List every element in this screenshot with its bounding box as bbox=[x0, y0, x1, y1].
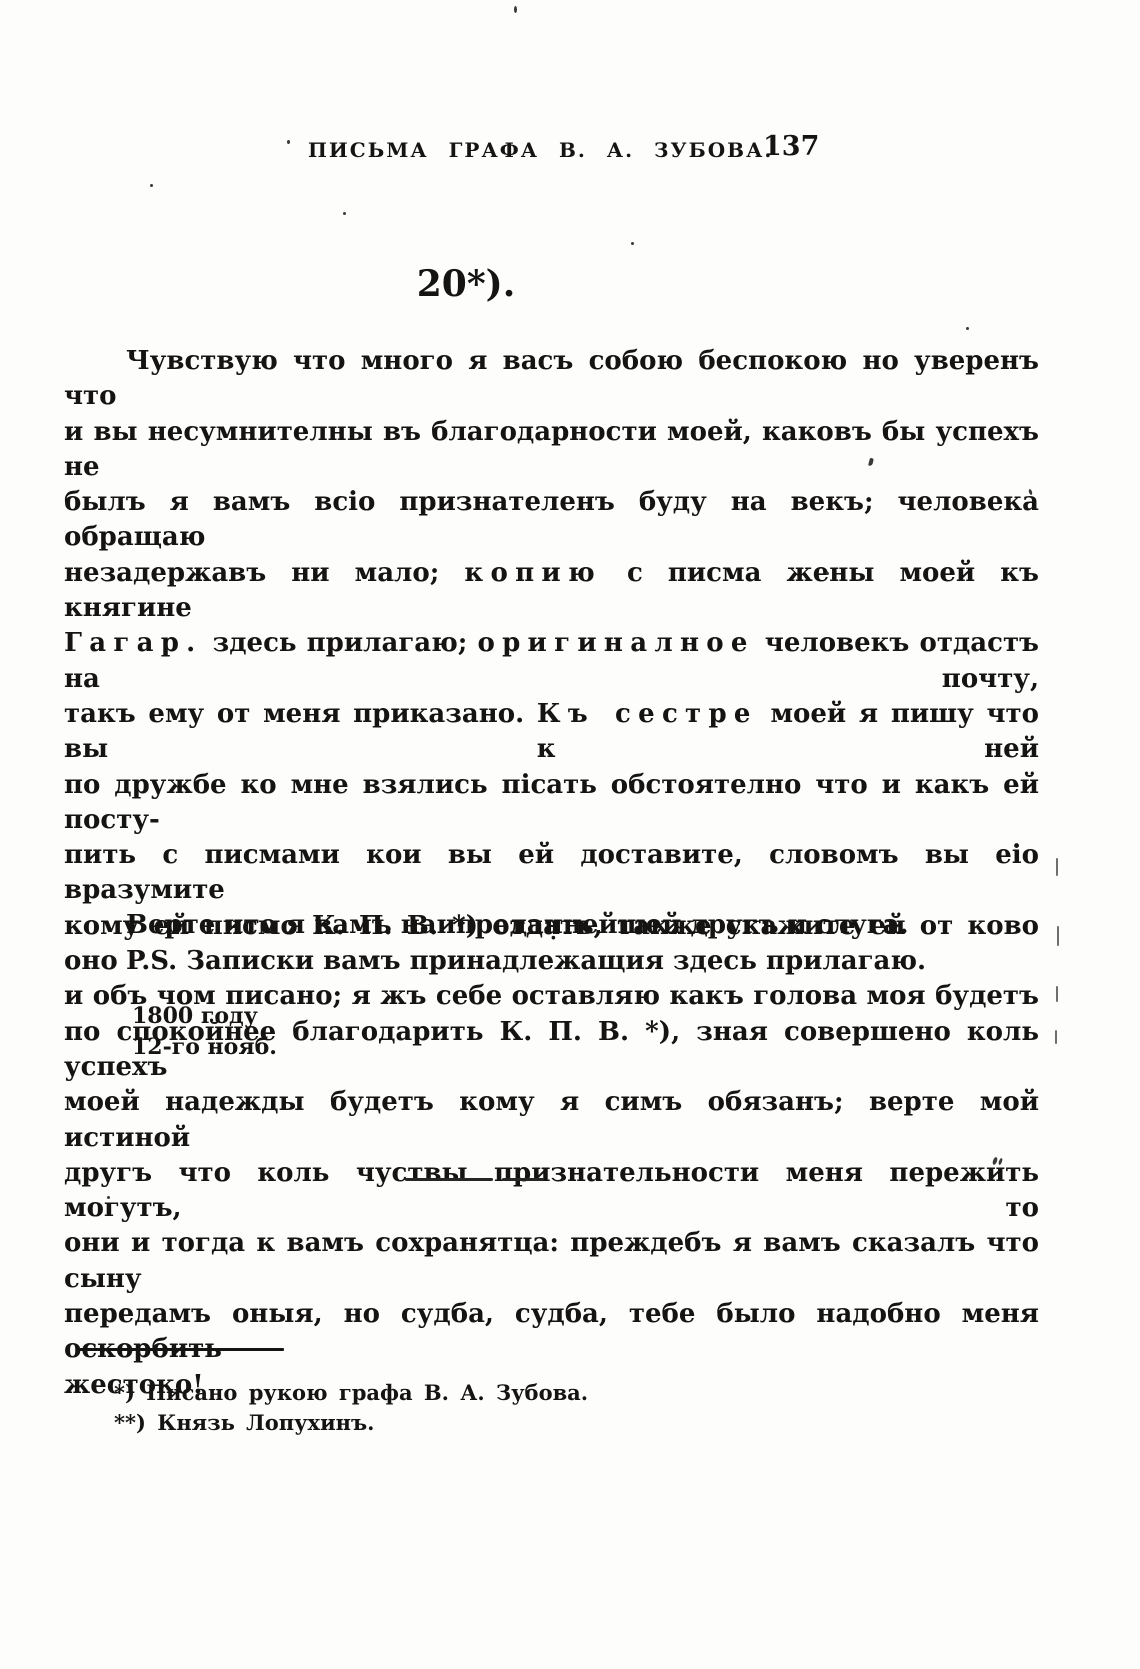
footnote: *) Писано рукою графа В. А. Зубова. bbox=[76, 1378, 696, 1408]
footnotes: *) Писано рукою графа В. А. Зубова. **) … bbox=[76, 1378, 696, 1438]
page-number: 137 bbox=[763, 131, 819, 162]
letter-text-segment: передамъ оныя, но судба, судба, тебе был… bbox=[64, 1299, 1039, 1364]
running-title: ПИСЬМА ГРАФА В. А. ЗУБОВА. bbox=[308, 138, 773, 162]
letter-text-segment: былъ я вамъ всіо признателенъ буду на ве… bbox=[64, 487, 1039, 552]
letter-line: и вы несумнителны въ благодарности моей,… bbox=[64, 415, 1039, 486]
dateline: 1800 году 12-го нояб. bbox=[132, 1001, 277, 1063]
scan-speck bbox=[514, 6, 517, 13]
letter-closing: Верте что я вамъ наипреданнейшей другъ и… bbox=[64, 908, 1039, 979]
date-year: 1800 году bbox=[132, 1001, 277, 1032]
date-day: 12-го нояб. bbox=[132, 1032, 277, 1063]
footnote-rule bbox=[76, 1348, 284, 1351]
closing-line: P.S. Записки вамъ принадлежащия здесь пр… bbox=[64, 944, 1039, 980]
letter-line: такъ ему от меня приказано. Къ сестре мо… bbox=[64, 697, 1039, 768]
scan-speck bbox=[631, 242, 634, 245]
scan-speck bbox=[826, 572, 829, 575]
letter-emphasized-word: копию bbox=[464, 558, 602, 588]
footnote: **) Князь Лопухинъ. bbox=[76, 1408, 696, 1438]
letter-line: пить с писмами кои вы ей доставите, слов… bbox=[64, 838, 1039, 909]
letter-line: былъ я вамъ всіо признателенъ буду на ве… bbox=[64, 485, 1039, 556]
letter-text-segment: они и тогда к вамъ сохранятца: преждебъ … bbox=[64, 1228, 1039, 1293]
section-divider bbox=[405, 1177, 544, 1181]
scan-margin-mark bbox=[1055, 1030, 1057, 1044]
letter-emphasized-word: Гагар. bbox=[64, 628, 203, 658]
scan-speck bbox=[150, 184, 153, 187]
letter-emphasized-word: Къ сестре bbox=[537, 699, 758, 729]
divider-dash bbox=[502, 1178, 544, 1181]
letter-text-segment: по дружбе ко мне взялись пісать обстояте… bbox=[64, 770, 1039, 835]
scan-speck bbox=[287, 140, 290, 144]
scan-margin-mark bbox=[1057, 926, 1059, 946]
letter-text-segment: другъ что коль чуствы признательности ме… bbox=[64, 1158, 1039, 1223]
letter-line: Чувствую что много я васъ собою беспокою… bbox=[64, 344, 1039, 415]
letter-line: Гагар. здесь прилагаю; оригиналное челов… bbox=[64, 626, 1039, 697]
scan-speck bbox=[107, 1196, 110, 1199]
letter-emphasized-word: оригиналное bbox=[477, 628, 754, 658]
scan-speck bbox=[343, 212, 346, 215]
letter-text-segment: моей надежды будетъ кому я симъ обязанъ;… bbox=[64, 1087, 1039, 1152]
letter-text-segment: здесь прилагаю; bbox=[203, 628, 478, 658]
section-heading: 20*). bbox=[0, 263, 932, 305]
book-page: ПИСЬМА ГРАФА В. А. ЗУБОВА. 137 20*). Чув… bbox=[0, 0, 1140, 1669]
letter-line: незадержавъ ни мало; копию с писма жены … bbox=[64, 556, 1039, 627]
letter-line: другъ что коль чуствы признательности ме… bbox=[64, 1156, 1039, 1227]
letter-text-segment: Чувствую что много я васъ собою беспокою… bbox=[64, 346, 1039, 411]
closing-line: Верте что я вамъ наипреданнейшей другъ и… bbox=[64, 908, 1039, 944]
letter-text-segment: и вы несумнителны въ благодарности моей,… bbox=[64, 417, 1039, 482]
letter-text-segment: незадержавъ ни мало; bbox=[64, 558, 464, 588]
letter-text-segment: пить с писмами кои вы ей доставите, слов… bbox=[64, 840, 1039, 905]
letter-text-segment: такъ ему от меня приказано. bbox=[64, 699, 537, 729]
letter-line: по дружбе ко мне взялись пісать обстояте… bbox=[64, 768, 1039, 839]
scan-margin-mark bbox=[1056, 858, 1058, 876]
divider-dash bbox=[405, 1178, 493, 1181]
letter-body: Чувствую что много я васъ собою беспокою… bbox=[64, 344, 1039, 1403]
letter-line: передамъ оныя, но судба, судба, тебе был… bbox=[64, 1297, 1039, 1368]
scan-speck bbox=[966, 327, 969, 330]
letter-line: моей надежды будетъ кому я симъ обязанъ;… bbox=[64, 1085, 1039, 1156]
letter-line: они и тогда к вамъ сохранятца: преждебъ … bbox=[64, 1226, 1039, 1297]
scan-margin-mark bbox=[1056, 986, 1058, 1002]
